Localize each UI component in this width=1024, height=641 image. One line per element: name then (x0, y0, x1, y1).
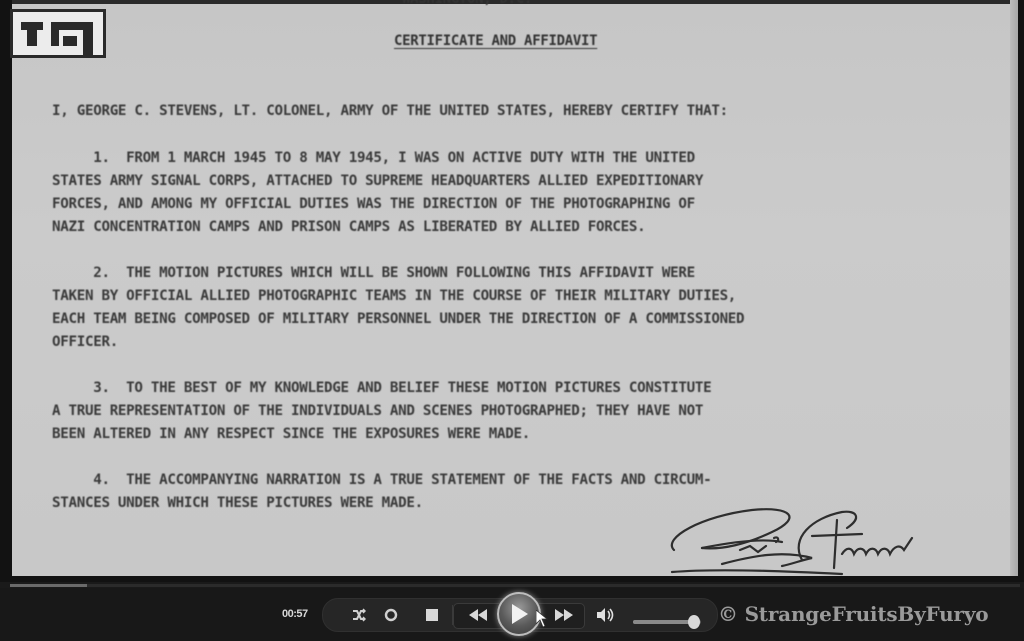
document-line: NAZI CONCENTRATION CAMPS AND PRISON CAMP… (52, 219, 645, 235)
mouse-cursor-icon (536, 610, 548, 628)
seek-bar-fill (10, 584, 87, 587)
previous-button[interactable] (463, 599, 493, 631)
document-line: 1. FROM 1 MARCH 1945 TO 8 MAY 1945, I WA… (52, 150, 695, 166)
repeat-icon (384, 608, 398, 622)
document-line: BEEN ALTERED IN ANY RESPECT SINCE THE EX… (52, 426, 530, 442)
volume-fill (633, 620, 694, 624)
mute-button[interactable] (593, 599, 619, 631)
shuffle-button[interactable] (347, 599, 371, 631)
seek-bar[interactable] (10, 584, 1020, 587)
watermark: © StrangeFruitsByFuryo (718, 602, 988, 626)
document-line: 3. TO THE BEST OF MY KNOWLEDGE AND BELIE… (52, 380, 711, 396)
stop-button[interactable] (421, 599, 443, 631)
document-frame: WASHINGTON, D.C. CERTIFICATE AND AFFIDAV… (12, 0, 1018, 576)
video-area[interactable]: WASHINGTON, D.C. CERTIFICATE AND AFFIDAV… (0, 0, 1024, 582)
signature (662, 498, 942, 576)
tg1-logo (10, 9, 106, 58)
play-button[interactable] (497, 592, 541, 636)
document-line: STANCES UNDER WHICH THESE PICTURES WERE … (52, 495, 423, 511)
document-line: STATES ARMY SIGNAL CORPS, ATTACHED TO SU… (52, 173, 703, 189)
volume-slider[interactable] (633, 620, 701, 624)
document-line: A TRUE REPRESENTATION OF THE INDIVIDUALS… (52, 403, 703, 419)
document-line: 4. THE ACCOMPANYING NARRATION IS A TRUE … (52, 472, 711, 488)
document-title: CERTIFICATE AND AFFIDAVIT (394, 33, 597, 49)
repeat-button[interactable] (379, 599, 403, 631)
document-text: WASHINGTON, D.C. CERTIFICATE AND AFFIDAV… (12, 0, 1018, 576)
document-line: FORCES, AND AMONG MY OFFICIAL DUTIES WAS… (52, 196, 695, 212)
document-line: I, GEORGE C. STEVENS, LT. COLONEL, ARMY … (52, 103, 728, 119)
tg1-logo-icon (13, 12, 103, 55)
volume-thumb[interactable] (688, 615, 700, 629)
document-line: 2. THE MOTION PICTURES WHICH WILL BE SHO… (52, 265, 695, 281)
document-line: EACH TEAM BEING COMPOSED OF MILITARY PER… (52, 311, 744, 327)
document-line: TAKEN BY OFFICIAL ALLIED PHOTOGRAPHIC TE… (52, 288, 736, 304)
play-icon (510, 604, 528, 624)
rewind-icon (469, 609, 487, 621)
stop-icon (426, 609, 438, 621)
elapsed-time: 00:57 (282, 608, 308, 620)
fast-forward-icon (555, 609, 573, 621)
document-line: OFFICER. (52, 334, 118, 350)
document-header: WASHINGTON, D.C. (402, 0, 532, 7)
shuffle-icon (352, 608, 366, 622)
next-button[interactable] (549, 599, 579, 631)
volume-icon (597, 608, 615, 622)
